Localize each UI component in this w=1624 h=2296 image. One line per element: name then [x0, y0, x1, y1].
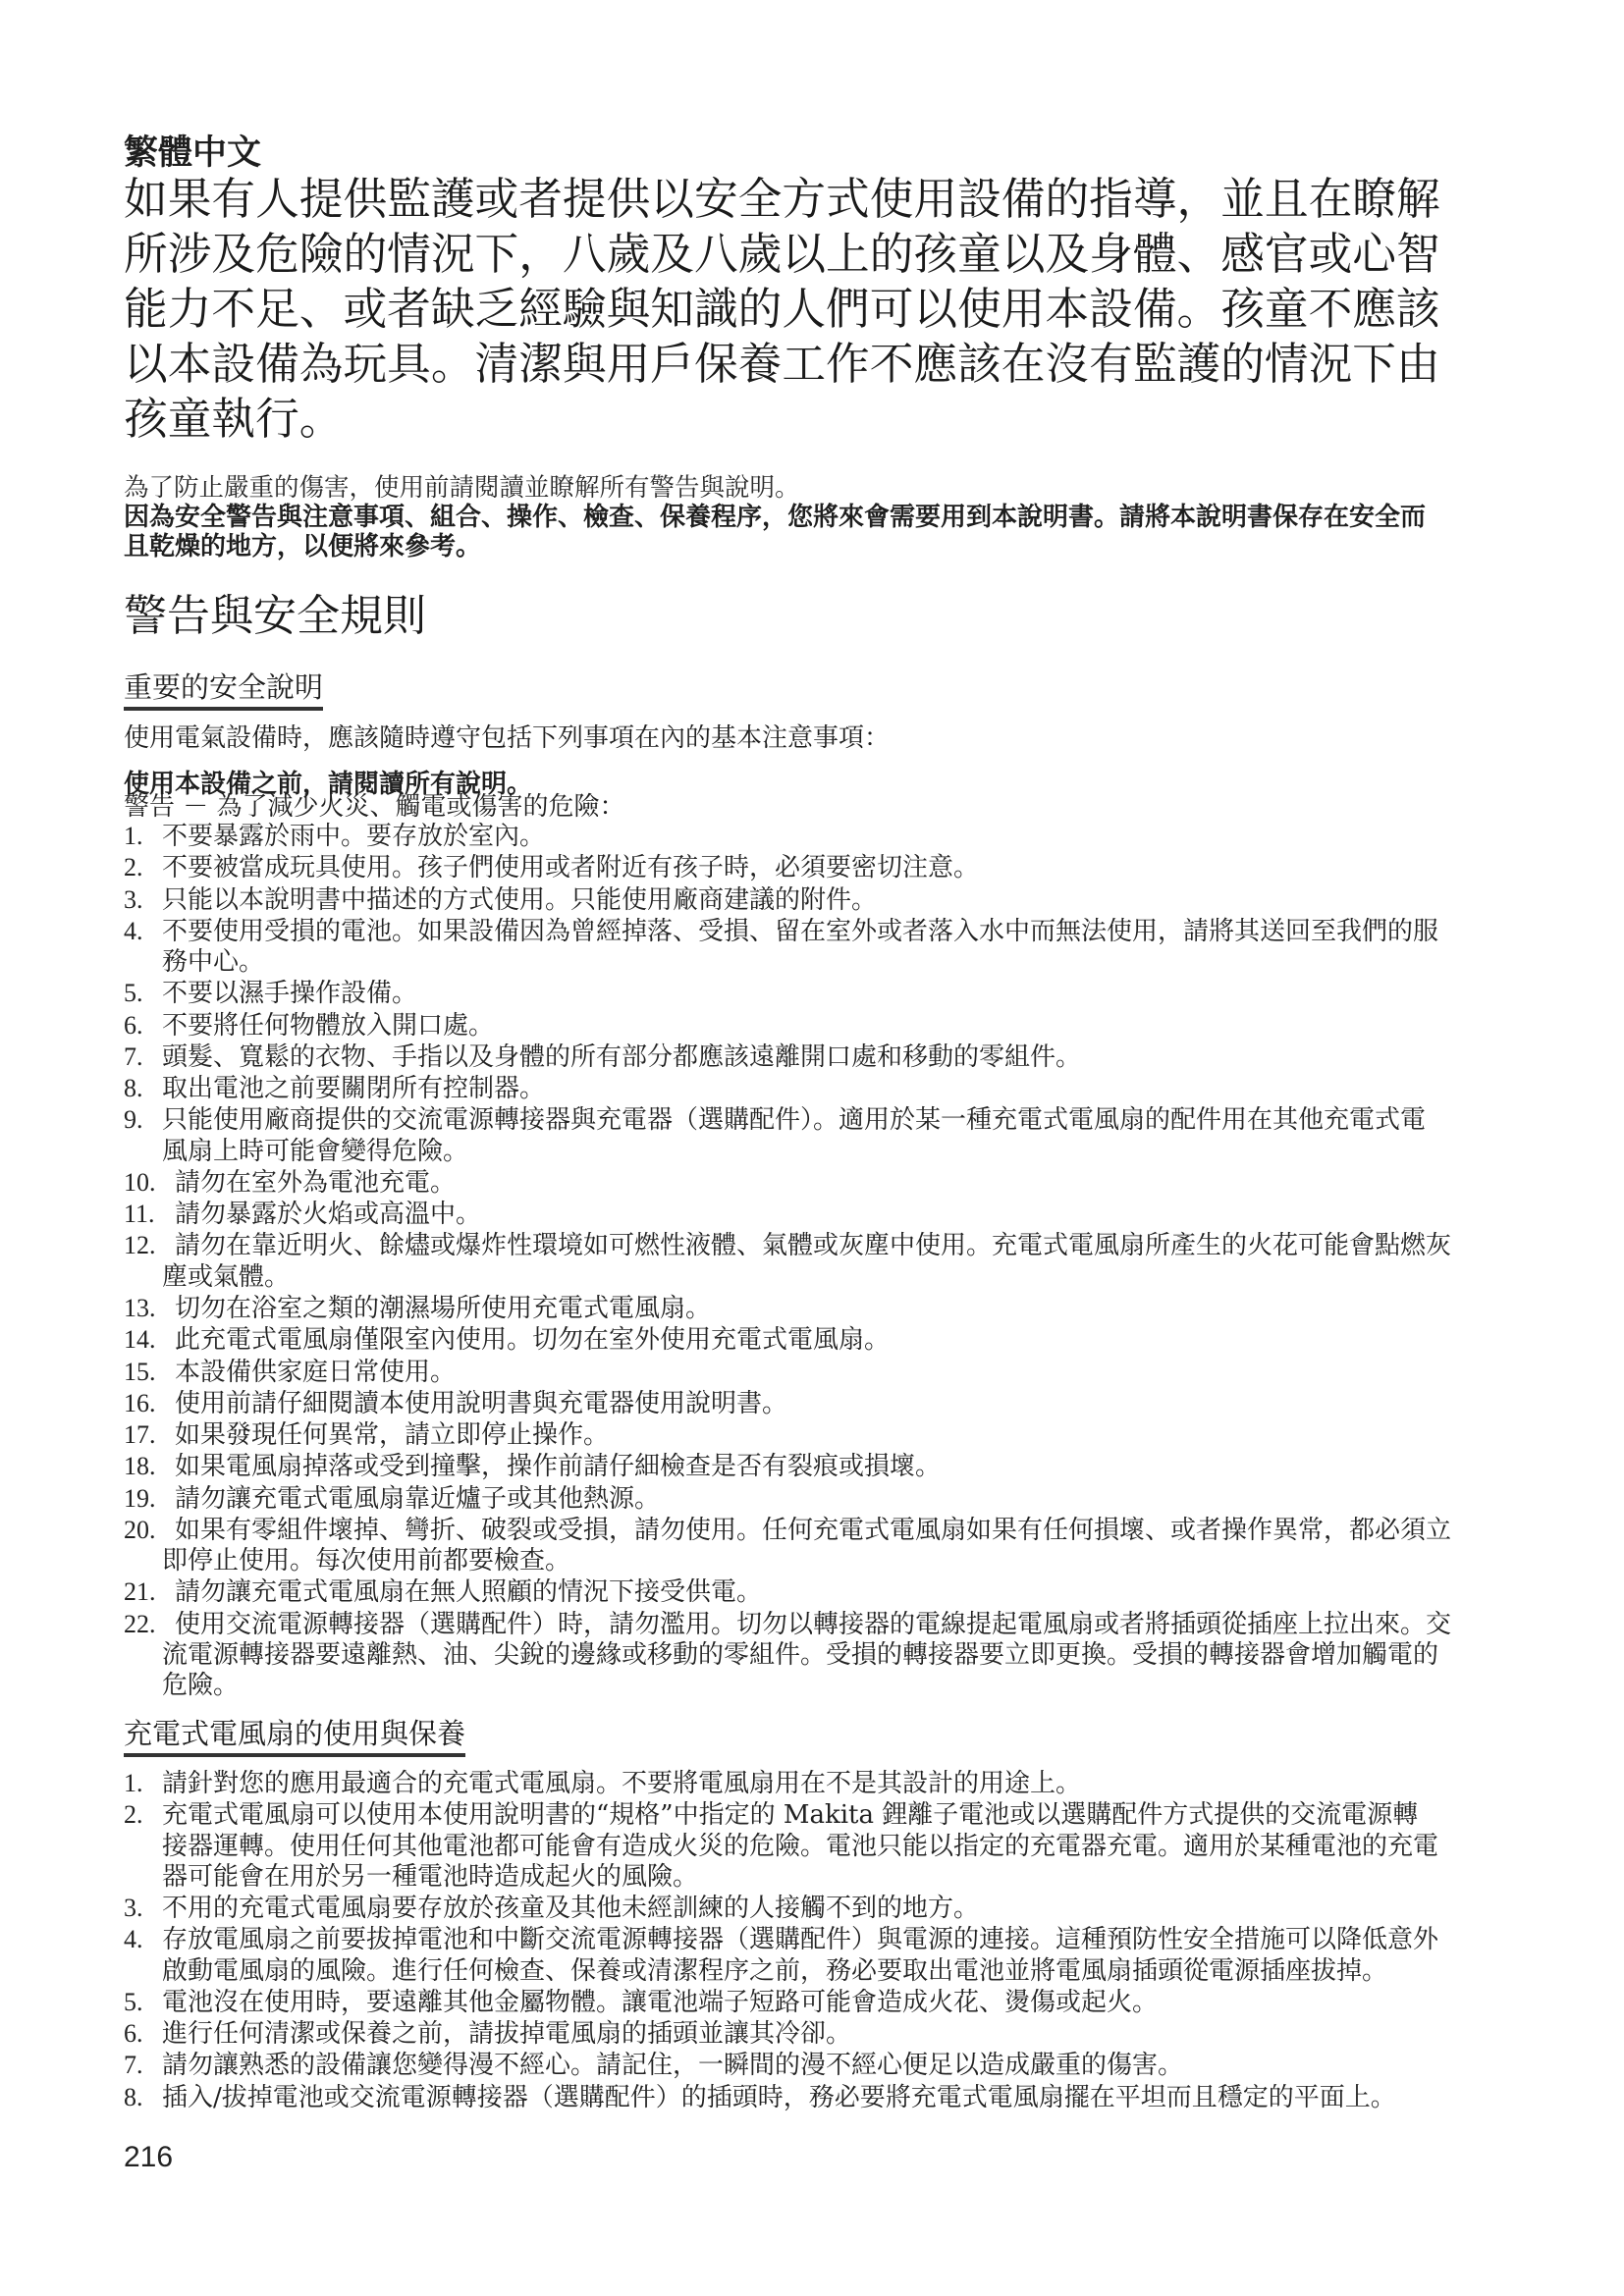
item-line: 10.請勿在室外為電池充電。	[124, 1167, 1451, 1199]
notice-regular-text: 為了防止嚴重的傷害，使用前請閱讀並瞭解所有警告與說明。	[124, 473, 1426, 503]
use-and-care-list: 1.請針對您的應用最適合的充電式電風扇。不要將電風扇用在不是其設計的用途上。 2…	[124, 1768, 1438, 2113]
item-text: 充電式電風扇可以使用本使用說明書的“規格”中指定的 Makita 鋰離子電池或以…	[162, 1800, 1418, 1830]
paragraph-line: 以本設備為玩具。清潔與用戶保養工作不應該在沒有監護的情況下由	[124, 337, 1440, 392]
list-item: 1.請針對您的應用最適合的充電式電風扇。不要將電風扇用在不是其設計的用途上。	[124, 1768, 1438, 1799]
item-line: 19.請勿讓充電式電風扇靠近爐子或其他熱源。	[124, 1483, 1451, 1515]
item-text: 不要以濕手操作設備。	[162, 979, 417, 1008]
notice-bold-text: 且乾燥的地方，以便將來參考。	[124, 532, 1426, 561]
item-line: 2.充電式電風扇可以使用本使用說明書的“規格”中指定的 Makita 鋰離子電池…	[124, 1799, 1438, 1831]
item-number: 8.	[124, 2082, 162, 2112]
item-number: 2.	[124, 1799, 162, 1830]
item-line: 14.此充電式電風扇僅限室內使用。切勿在室外使用充電式電風扇。	[124, 1324, 1451, 1356]
item-number: 11.	[124, 1199, 175, 1229]
item-line: 6.不要將任何物體放入開口處。	[124, 1010, 1451, 1041]
item-number: 5.	[124, 978, 162, 1008]
list-item: 14.此充電式電風扇僅限室內使用。切勿在室外使用充電式電風扇。	[124, 1324, 1451, 1356]
item-line: 5.電池沒在使用時，要遠離其他金屬物體。讓電池端子短路可能會造成火花、燙傷或起火…	[124, 1987, 1438, 2018]
list-item: 17.如果發現任何異常，請立即停止操作。	[124, 1419, 1451, 1451]
item-text-continuation: 務中心。	[124, 947, 1451, 978]
child-safety-paragraph: 如果有人提供監護或者提供以安全方式使用設備的指導，並且在瞭解 所涉及危險的情況下…	[124, 172, 1440, 447]
section-heading-important-safety: 重要的安全說明	[124, 670, 323, 711]
item-line: 12.請勿在靠近明火、餘燼或爆炸性環境如可燃性液體、氣體或灰塵中使用。充電式電風…	[124, 1230, 1451, 1261]
list-item: 4.存放電風扇之前要拔掉電池和中斷交流電源轉接器（選購配件）與電源的連接。這種預…	[124, 1924, 1438, 1987]
item-number: 4.	[124, 916, 162, 946]
list-item: 7.請勿讓熟悉的設備讓您變得漫不經心。請記住，一瞬間的漫不經心便足以造成嚴重的傷…	[124, 2050, 1438, 2081]
item-line: 2.不要被當成玩具使用。孩子們使用或者附近有孩子時，必須要密切注意。	[124, 852, 1451, 883]
list-item: 20.如果有零組件壞掉、彎折、破裂或受損，請勿使用。任何充電式電風扇如果有任何損…	[124, 1515, 1451, 1577]
item-text-continuation: 風扇上時可能會變得危險。	[124, 1137, 1451, 1167]
item-text: 請勿在靠近明火、餘燼或爆炸性環境如可燃性液體、氣體或灰塵中使用。充電式電風扇所產…	[175, 1231, 1451, 1260]
list-item: 15.本設備供家庭日常使用。	[124, 1357, 1451, 1388]
list-item: 5.不要以濕手操作設備。	[124, 978, 1451, 1009]
list-item: 5.電池沒在使用時，要遠離其他金屬物體。讓電池端子短路可能會造成火花、燙傷或起火…	[124, 1987, 1438, 2018]
item-number: 4.	[124, 1924, 162, 1954]
item-text-continuation: 塵或氣體。	[124, 1262, 1451, 1293]
list-item: 6.進行任何清潔或保養之前，請拔掉電風扇的插頭並讓其冷卻。	[124, 2018, 1438, 2050]
item-number: 1.	[124, 1768, 162, 1798]
list-item: 9.只能使用廠商提供的交流電源轉接器與充電器（選購配件）。適用於某一種充電式電風…	[124, 1104, 1451, 1167]
item-line: 3.只能以本說明書中描述的方式使用。只能使用廠商建議的附件。	[124, 884, 1451, 916]
item-number: 13.	[124, 1293, 175, 1323]
item-number: 3.	[124, 884, 162, 915]
item-text: 請勿讓充電式電風扇在無人照顧的情況下接受供電。	[175, 1577, 762, 1607]
item-text: 不用的充電式電風扇要存放於孩童及其他未經訓練的人接觸不到的地方。	[162, 1894, 979, 1923]
item-text: 存放電風扇之前要拔掉電池和中斷交流電源轉接器（選購配件）與電源的連接。這種預防性…	[162, 1925, 1438, 1954]
item-text: 電池沒在使用時，要遠離其他金屬物體。讓電池端子短路可能會造成火花、燙傷或起火。	[162, 1988, 1158, 2017]
item-number: 20.	[124, 1515, 175, 1545]
safety-instructions-list: 1.不要暴露於雨中。要存放於室內。 2.不要被當成玩具使用。孩子們使用或者附近有…	[124, 821, 1451, 1701]
item-text: 取出電池之前要關閉所有控制器。	[162, 1074, 545, 1103]
list-item: 19.請勿讓充電式電風扇靠近爐子或其他熱源。	[124, 1483, 1451, 1515]
item-line: 15.本設備供家庭日常使用。	[124, 1357, 1451, 1388]
item-text: 請針對您的應用最適合的充電式電風扇。不要將電風扇用在不是其設計的用途上。	[162, 1769, 1081, 1798]
list-item: 2.充電式電風扇可以使用本使用說明書的“規格”中指定的 Makita 鋰離子電池…	[124, 1799, 1438, 1893]
item-number: 2.	[124, 852, 162, 882]
list-item: 11.請勿暴露於火焰或高溫中。	[124, 1199, 1451, 1230]
item-line: 20.如果有零組件壞掉、彎折、破裂或受損，請勿使用。任何充電式電風扇如果有任何損…	[124, 1515, 1451, 1546]
item-number: 9.	[124, 1104, 162, 1135]
list-item: 21.請勿讓充電式電風扇在無人照顧的情況下接受供電。	[124, 1576, 1451, 1608]
item-text: 如果發現任何異常，請立即停止操作。	[175, 1420, 609, 1450]
item-number: 17.	[124, 1419, 175, 1450]
item-text: 請勿讓熟悉的設備讓您變得漫不經心。請記住，一瞬間的漫不經心便足以造成嚴重的傷害。	[162, 2051, 1183, 2080]
list-item: 4.不要使用受損的電池。如果設備因為曾經掉落、受損、留在室外或者落入水中而無法使…	[124, 916, 1451, 979]
list-item: 8.取出電池之前要關閉所有控制器。	[124, 1073, 1451, 1104]
paragraph-line: 所涉及危險的情況下，八歲及八歲以上的孩童以及身體、感官或心智	[124, 227, 1440, 282]
item-line: 6.進行任何清潔或保養之前，請拔掉電風扇的插頭並讓其冷卻。	[124, 2018, 1438, 2050]
item-number: 1.	[124, 821, 162, 851]
item-number: 7.	[124, 1041, 162, 1072]
page-title: 警告與安全規則	[124, 592, 426, 641]
item-number: 22.	[124, 1609, 175, 1639]
item-line: 18.如果電風扇掉落或受到撞擊，操作前請仔細檢查是否有裂痕或損壞。	[124, 1451, 1451, 1482]
item-number: 12.	[124, 1230, 175, 1260]
item-text-continuation: 即停止使用。每次使用前都要檢查。	[124, 1546, 1451, 1576]
item-line: 9.只能使用廠商提供的交流電源轉接器與充電器（選購配件）。適用於某一種充電式電風…	[124, 1104, 1451, 1136]
item-number: 6.	[124, 1010, 162, 1041]
item-line: 4.不要使用受損的電池。如果設備因為曾經掉落、受損、留在室外或者落入水中而無法使…	[124, 916, 1451, 947]
item-text: 請勿暴露於火焰或高溫中。	[175, 1200, 481, 1229]
list-item: 12.請勿在靠近明火、餘燼或爆炸性環境如可燃性液體、氣體或灰塵中使用。充電式電風…	[124, 1230, 1451, 1293]
item-text: 此充電式電風扇僅限室內使用。切勿在室外使用充電式電風扇。	[175, 1325, 890, 1355]
item-text: 不要被當成玩具使用。孩子們使用或者附近有孩子時，必須要密切注意。	[162, 853, 979, 882]
item-line: 16.使用前請仔細閱讀本使用說明書與充電器使用說明書。	[124, 1388, 1451, 1419]
list-item: 13.切勿在浴室之類的潮濕場所使用充電式電風扇。	[124, 1293, 1451, 1324]
list-item: 2.不要被當成玩具使用。孩子們使用或者附近有孩子時，必須要密切注意。	[124, 852, 1451, 883]
list-item: 1.不要暴露於雨中。要存放於室內。	[124, 821, 1451, 852]
item-line: 7.請勿讓熟悉的設備讓您變得漫不經心。請記住，一瞬間的漫不經心便足以造成嚴重的傷…	[124, 2050, 1438, 2081]
item-number: 15.	[124, 1357, 175, 1387]
paragraph-line: 能力不足、或者缺乏經驗與知識的人們可以使用本設備。孩童不應該	[124, 282, 1440, 337]
item-number: 3.	[124, 1893, 162, 1923]
read-instructions-notice: 為了防止嚴重的傷害，使用前請閱讀並瞭解所有警告與說明。 因為安全警告與注意事項、…	[124, 473, 1426, 561]
item-text: 不要暴露於雨中。要存放於室內。	[162, 822, 545, 851]
item-line: 1.請針對您的應用最適合的充電式電風扇。不要將電風扇用在不是其設計的用途上。	[124, 1768, 1438, 1799]
item-number: 14.	[124, 1324, 175, 1355]
paragraph-line: 孩童執行。	[124, 392, 1440, 447]
item-text: 切勿在浴室之類的潮濕場所使用充電式電風扇。	[175, 1294, 711, 1323]
list-item: 8.插入/拔掉電池或交流電源轉接器（選購配件）的插頭時，務必要將充電式電風扇擺在…	[124, 2082, 1438, 2113]
list-item: 6.不要將任何物體放入開口處。	[124, 1010, 1451, 1041]
item-text: 頭髮、寬鬆的衣物、手指以及身體的所有部分都應該遠離開口處和移動的零組件。	[162, 1042, 1081, 1072]
item-number: 5.	[124, 1987, 162, 2017]
list-item: 7.頭髮、寬鬆的衣物、手指以及身體的所有部分都應該遠離開口處和移動的零組件。	[124, 1041, 1451, 1073]
item-text: 只能使用廠商提供的交流電源轉接器與充電器（選購配件）。適用於某一種充電式電風扇的…	[162, 1105, 1426, 1135]
language-label: 繁體中文	[124, 133, 261, 173]
item-text: 不要使用受損的電池。如果設備因為曾經掉落、受損、留在室外或者落入水中而無法使用，…	[162, 917, 1438, 946]
item-line: 3.不用的充電式電風扇要存放於孩童及其他未經訓練的人接觸不到的地方。	[124, 1893, 1438, 1924]
item-line: 5.不要以濕手操作設備。	[124, 978, 1451, 1009]
item-line: 11.請勿暴露於火焰或高溫中。	[124, 1199, 1451, 1230]
item-line: 4.存放電風扇之前要拔掉電池和中斷交流電源轉接器（選購配件）與電源的連接。這種預…	[124, 1924, 1438, 1955]
item-text-continuation: 危險。	[124, 1671, 1451, 1701]
list-item: 22.使用交流電源轉接器（選購配件）時，請勿濫用。切勿以轉接器的電線提起電風扇或…	[124, 1609, 1451, 1702]
item-text: 不要將任何物體放入開口處。	[162, 1011, 494, 1041]
item-text: 進行任何清潔或保養之前，請拔掉電風扇的插頭並讓其冷卻。	[162, 2019, 851, 2049]
item-text: 如果有零組件壞掉、彎折、破裂或受損，請勿使用。任何充電式電風扇如果有任何損壞、或…	[175, 1516, 1451, 1545]
notice-bold-text: 因為安全警告與注意事項、組合、操作、檢查、保養程序，您將來會需要用到本說明書。請…	[124, 503, 1426, 532]
item-number: 7.	[124, 2050, 162, 2080]
item-line: 17.如果發現任何異常，請立即停止操作。	[124, 1419, 1451, 1451]
item-line: 8.插入/拔掉電池或交流電源轉接器（選購配件）的插頭時，務必要將充電式電風扇擺在…	[124, 2082, 1438, 2113]
list-item: 18.如果電風扇掉落或受到撞擊，操作前請仔細檢查是否有裂痕或損壞。	[124, 1451, 1451, 1482]
item-line: 7.頭髮、寬鬆的衣物、手指以及身體的所有部分都應該遠離開口處和移動的零組件。	[124, 1041, 1451, 1073]
item-number: 16.	[124, 1388, 175, 1418]
page-number: 216	[124, 2141, 173, 2174]
item-number: 8.	[124, 1073, 162, 1103]
item-text: 使用交流電源轉接器（選購配件）時，請勿濫用。切勿以轉接器的電線提起電風扇或者將插…	[175, 1610, 1451, 1639]
item-text-continuation: 接器運轉。使用任何其他電池都可能會有造成火災的危險。電池只能以指定的充電器充電。…	[124, 1832, 1438, 1862]
item-line: 22.使用交流電源轉接器（選購配件）時，請勿濫用。切勿以轉接器的電線提起電風扇或…	[124, 1609, 1451, 1640]
item-number: 18.	[124, 1451, 175, 1481]
item-text: 插入/拔掉電池或交流電源轉接器（選購配件）的插頭時，務必要將充電式電風扇擺在平坦…	[162, 2083, 1396, 2112]
warning-line: 警告 － 為了減少火災、觸電或傷害的危險：	[124, 792, 625, 823]
manual-page: 繁體中文 如果有人提供監護或者提供以安全方式使用設備的指導，並且在瞭解 所涉及危…	[0, 0, 1624, 2296]
item-text-continuation: 器可能會在用於另一種電池時造成起火的風險。	[124, 1862, 1438, 1893]
item-text: 請勿在室外為電池充電。	[175, 1168, 456, 1198]
item-line: 13.切勿在浴室之類的潮濕場所使用充電式電風扇。	[124, 1293, 1451, 1324]
list-item: 3.不用的充電式電風扇要存放於孩童及其他未經訓練的人接觸不到的地方。	[124, 1893, 1438, 1924]
item-text: 只能以本說明書中描述的方式使用。只能使用廠商建議的附件。	[162, 885, 877, 915]
item-text-continuation: 流電源轉接器要遠離熱、油、尖銳的邊緣或移動的零組件。受損的轉接器要立即更換。受損…	[124, 1640, 1451, 1671]
item-text: 本設備供家庭日常使用。	[175, 1358, 456, 1387]
item-number: 10.	[124, 1167, 175, 1198]
list-item: 16.使用前請仔細閱讀本使用說明書與充電器使用說明書。	[124, 1388, 1451, 1419]
item-line: 8.取出電池之前要關閉所有控制器。	[124, 1073, 1451, 1104]
paragraph-line: 如果有人提供監護或者提供以安全方式使用設備的指導，並且在瞭解	[124, 172, 1440, 227]
list-item: 10.請勿在室外為電池充電。	[124, 1167, 1451, 1199]
section-intro-text: 使用電氣設備時，應該隨時遵守包括下列事項在內的基本注意事項：	[124, 723, 890, 754]
item-number: 6.	[124, 2018, 162, 2049]
item-line: 21.請勿讓充電式電風扇在無人照顧的情況下接受供電。	[124, 1576, 1451, 1608]
item-number: 19.	[124, 1483, 175, 1514]
section-heading-fan-use-and-care: 充電式電風扇的使用與保養	[124, 1717, 465, 1757]
item-text: 如果電風扇掉落或受到撞擊，操作前請仔細檢查是否有裂痕或損壞。	[175, 1452, 941, 1481]
item-number: 21.	[124, 1576, 175, 1607]
item-line: 1.不要暴露於雨中。要存放於室內。	[124, 821, 1451, 852]
list-item: 3.只能以本說明書中描述的方式使用。只能使用廠商建議的附件。	[124, 884, 1451, 916]
item-text-continuation: 啟動電風扇的風險。進行任何檢查、保養或清潔程序之前，務必要取出電池並將電風扇插頭…	[124, 1956, 1438, 1987]
item-text: 請勿讓充電式電風扇靠近爐子或其他熱源。	[175, 1484, 660, 1514]
item-text: 使用前請仔細閱讀本使用說明書與充電器使用說明書。	[175, 1389, 787, 1418]
